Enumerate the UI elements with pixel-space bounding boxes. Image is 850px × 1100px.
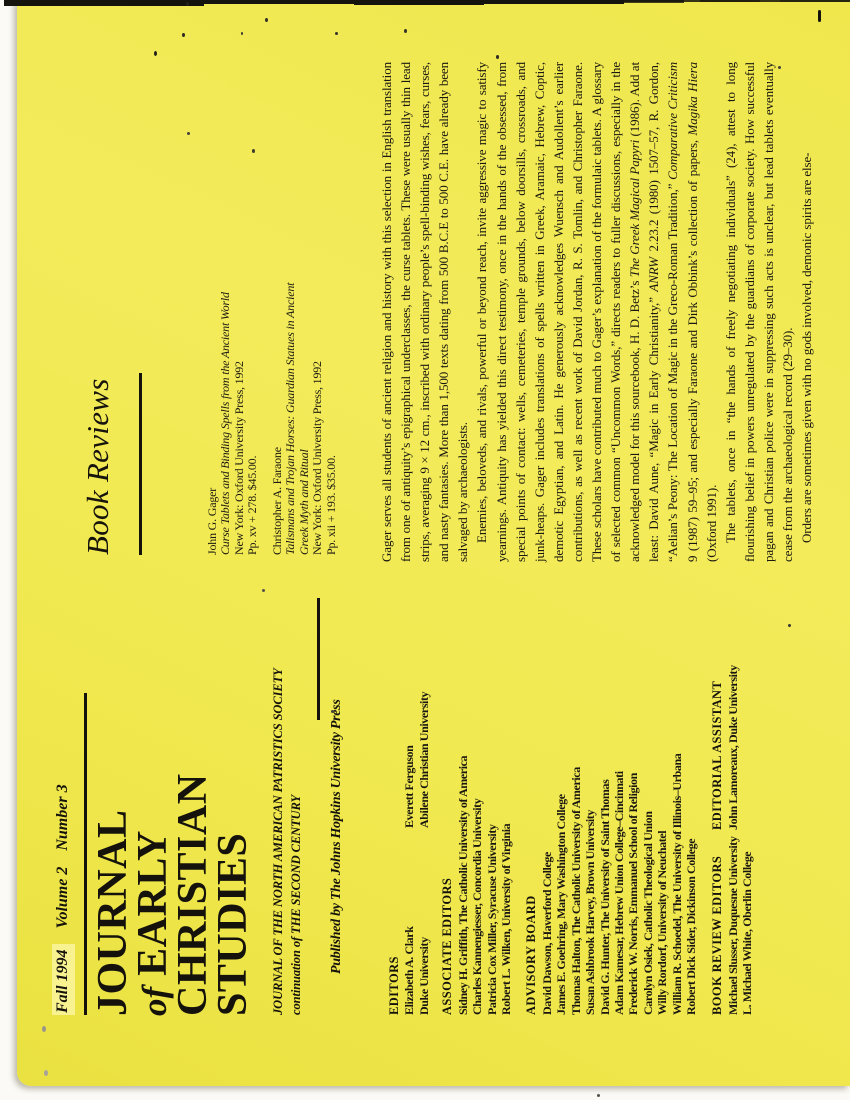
citation-line: New York: Oxford University Press, 1992: [311, 283, 324, 555]
advisory-board-entry: Adam Kamesar, Hebrew Union College–Cinci…: [612, 754, 626, 1015]
citation-line: Pp. xii + 193. $35.00.: [325, 283, 338, 555]
associate-editor-entry: Patricia Cox Miller, Syracuse University: [485, 756, 499, 1015]
review-text-segment: The tablets, once in “the hands of freel…: [723, 62, 795, 562]
editorial-assistant-entry: John Lamoreaux, Duke University: [726, 665, 740, 830]
continuation-subtitle: continuation of THE SECOND CENTURY: [289, 795, 304, 1015]
editors-heading: EDITORS: [387, 956, 402, 1015]
review-text-segment: Gager serves all students of ancient rel…: [379, 62, 470, 562]
advisory-board-entry: Thomas Halton, The Catholic University o…: [569, 754, 583, 1015]
book-reviews-rule: [139, 373, 142, 555]
associate-editor-entry: Sidney H. Griffith, The Catholic Univers…: [456, 756, 470, 1015]
citation-line: Pp. xv + 278. $45.00.: [246, 292, 259, 555]
review-paragraph: Enemies, beloveds, and rivals, powerful …: [472, 62, 720, 562]
review-text-segment: Enemies, beloveds, and rivals, powerful …: [474, 62, 642, 562]
editorial-assistant-list: John Lamoreaux, Duke University: [726, 665, 740, 830]
advisory-board-list: David Dawson, Haverford CollegeJames E. …: [540, 754, 698, 1015]
review-paragraph: Orders are sometimes given with no gods …: [797, 62, 816, 562]
book-review-editor-entry: L. Michael White, Oberlin College: [740, 836, 754, 1015]
advisory-board-entry: Robert Dick Sider, Dickinson College: [684, 754, 698, 1015]
review-text: Gager serves all students of ancient rel…: [377, 62, 816, 562]
masthead-issue-line: Fall 1994Volume 2Number 3: [52, 768, 75, 1015]
journal-title-line-4: STUDIES: [212, 833, 254, 1016]
review-text-segment: (Oxford 1991).: [704, 485, 719, 562]
masthead-rule: [84, 693, 87, 1015]
citation-line: Curse Tablets and Binding Spells from th…: [219, 292, 232, 555]
journal-title-line-3: CHRISTIAN: [172, 773, 214, 1016]
book-review-editors-heading: BOOK REVIEW EDITORS: [710, 856, 725, 1015]
citation-line: Christopher A. Faraone: [271, 283, 284, 555]
publisher-line: Published by The Johns Hopkins Universit…: [329, 700, 345, 974]
rotated-sheet: Fall 1994Volume 2Number 3 JOURNAL of EAR…: [0, 0, 850, 1100]
issue-volume: Volume 2: [54, 867, 72, 929]
associate-editors-list: Sidney H. Griffith, The Catholic Univers…: [456, 756, 514, 1015]
advisory-board-entry: William R. Schoedel, The University of I…: [670, 754, 684, 1015]
citation-line: John G. Gager: [206, 292, 219, 555]
advisory-board-entry: Willy Rordorf, University of Neuchatel: [655, 754, 669, 1015]
advisory-board-heading: ADVISORY BOARD: [524, 895, 539, 1015]
book-review-editors-list: Michael Slusser, Duquesne UniversityL. M…: [726, 836, 755, 1015]
journal-title-line-2: of EARLY: [132, 830, 174, 1016]
citation-line: Talismans and Trojan Horses: Guardian St…: [284, 283, 297, 555]
editors-column-right: Everett Ferguson Abilene Christian Unive…: [402, 692, 432, 828]
editor-name: Elizabeth A. Clark: [402, 927, 417, 1015]
editors-column-left: Elizabeth A. Clark Duke University: [402, 927, 432, 1015]
citation-line: Greek Myth and Ritual: [298, 283, 311, 555]
advisory-board-entry: Frederick W. Norris, Emmanuel School of …: [626, 754, 640, 1015]
associate-editor-entry: Charles Kannengiesser, Concordia Univers…: [470, 756, 484, 1015]
associate-editors-heading: ASSOCIATE EDITORS: [440, 878, 455, 1015]
review-text-segment: 9 (1987) 59–95; and especially Faraone a…: [685, 135, 700, 562]
cited-work-title: Magika Hiera: [685, 62, 700, 135]
issue-season: Fall 1994: [52, 944, 75, 1015]
cited-work-title: ANRW: [646, 257, 661, 292]
cited-work-title: Comparative Criticism: [665, 62, 680, 180]
review-paragraph: The tablets, once in “the hands of freel…: [721, 62, 797, 562]
citation-faraone: Christopher A. FaraoneTalismans and Troj…: [271, 283, 338, 555]
editor-name: Everett Ferguson: [402, 692, 417, 828]
publisher-rule: [317, 598, 320, 720]
review-text-segment: Orders are sometimes given with no gods …: [799, 153, 814, 543]
editor-affiliation: Duke University: [417, 927, 432, 1015]
title-of-word: of: [135, 987, 174, 1016]
continuation-prefix: continuation of: [289, 934, 303, 1015]
advisory-board-entry: David G. Hunter, The University of Saint…: [598, 754, 612, 1015]
citation-gager: John G. GagerCurse Tablets and Binding S…: [206, 292, 260, 555]
society-subtitle: JOURNAL OF THE NORTH AMERICAN PATRISTICS…: [271, 668, 286, 1015]
journal-title-line-1: JOURNAL: [92, 809, 134, 1016]
associate-editor-entry: Robert L. Wilken, University of Virginia: [499, 756, 513, 1015]
continuation-caps: THE SECOND CENTURY: [289, 795, 303, 934]
advisory-board-entry: Carolyn Osiek, Catholic Theological Unio…: [641, 754, 655, 1015]
citation-line: New York: Oxford University Press, 1992: [233, 292, 246, 555]
advisory-board-entry: James E. Goehring, Mary Washington Colle…: [554, 754, 568, 1015]
editorial-assistant-heading: EDITORIAL ASSISTANT: [710, 681, 725, 830]
editor-affiliation: Abilene Christian University: [417, 692, 432, 828]
cited-work-title: The Greek Magical Papyri: [627, 140, 642, 277]
book-review-editor-entry: Michael Slusser, Duquesne University: [726, 836, 740, 1015]
advisory-board-entry: Susan Ashbrook Harvey, Brown University: [583, 754, 597, 1015]
issue-number: Number 3: [54, 784, 72, 850]
review-paragraph: Gager serves all students of ancient rel…: [377, 62, 472, 562]
scanned-journal-page: Fall 1994Volume 2Number 3 JOURNAL of EAR…: [0, 0, 850, 1100]
advisory-board-entry: David Dawson, Haverford College: [540, 754, 554, 1015]
book-reviews-heading: Book Reviews: [80, 378, 116, 555]
